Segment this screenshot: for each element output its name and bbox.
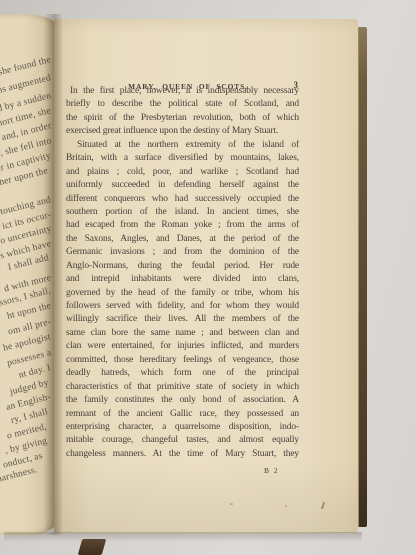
body-text-line: followers served with fidelity, and for … [66,300,299,313]
line-text: remnant of the ancient Gallic race, they… [66,409,299,419]
body-text-line: the spirit of the Presbyterian revolutio… [66,112,299,125]
body-text-line: had escaped from the Roman yoke ; from t… [66,219,299,232]
line-text: and intrepid inhabitants were divided in… [66,274,299,284]
body-text-line: characteristics of that primitive state … [66,381,299,394]
line-text: the family constitutes the only bond of … [66,395,299,405]
body-text-line: exercised great influence upon the desti… [66,125,299,138]
page-speck [230,503,233,505]
line-text: characteristics of that primitive state … [66,382,299,392]
line-text: mitable courage, changeful tastes, and a… [66,435,299,445]
left-page-fragments: she found the ons augmented d by a sudde… [0,14,58,535]
line-text: southern portion of the island. In ancie… [66,207,299,217]
line-text: clan were entertained, for injuries infl… [66,341,299,351]
body-text-line: the family constitutes the only bond of … [66,394,299,407]
body-text-line: changeless manners. At the time of Mary … [66,448,299,461]
line-text: Anglo-Normans, during the feudal period.… [66,261,299,271]
line-text: the spirit of the Presbyterian revolutio… [66,113,299,123]
right-page: MARY, QUEEN OF SCOTS. 3 In the first pla… [54,19,358,533]
signature-mark: B 2 [264,466,279,475]
line-text: willingly sacrifice their lives. All the… [66,314,299,324]
body-text-line: Britain, with a surface diversified by m… [66,152,299,165]
line-text: uniformly succeeded in defending herself… [66,180,299,190]
left-page: she found the ons augmented d by a sudde… [0,14,58,535]
line-text: Situated at the northern extremity of th… [77,140,299,150]
body-text-line: Anglo-Normans, during the feudal period.… [66,260,299,273]
line-text: committed, those hereditary feelings of … [66,355,299,365]
body-text-line: the Saxons, Angles, and Danes, at the pe… [66,233,299,246]
body-text-line: same clan bore the same name ; and betwe… [66,327,299,340]
line-text: briefly to describe the political state … [66,99,299,109]
line-text: enterprising character, a quarrelsome di… [66,422,299,432]
page-mark [321,502,325,509]
line-text: governed by the head of the family or tr… [66,288,299,298]
body-text-line: Germanic invasions ; and from the domini… [66,246,299,259]
book-cover-bottom-left [78,539,107,555]
body-text-line: and intrepid inhabitants were divided in… [66,273,299,286]
line-text: the Saxons, Angles, and Danes, at the pe… [66,234,299,244]
body-text-line: governed by the head of the family or tr… [66,287,299,300]
line-text: and plains ; cold, poor, and warlike ; S… [66,167,299,177]
body-text-line: In the first place, however, it is indis… [66,85,299,98]
page-body: In the first place, however, it is indis… [66,85,299,461]
body-text-line: deadly hatreds, which form one of the pr… [66,367,299,380]
line-text: different conquerors who had successivel… [66,194,299,204]
body-text-line: clan were entertained, for injuries infl… [66,340,299,353]
line-text: Germanic invasions ; and from the domini… [66,247,299,257]
line-text: Britain, with a surface diversified by m… [66,153,299,163]
line-text: followers served with fidelity, and for … [66,301,299,311]
line-text: had escaped from the Roman yoke ; from t… [66,220,299,230]
body-text-line: southern portion of the island. In ancie… [66,206,299,219]
book-shadow-bottom [4,532,362,542]
body-text-line: different conquerors who had successivel… [66,193,299,206]
line-text: same clan bore the same name ; and betwe… [66,328,299,338]
body-text-line: briefly to describe the political state … [66,98,299,111]
body-text-line: willingly sacrifice their lives. All the… [66,313,299,326]
body-text-line: Situated at the northern extremity of th… [66,139,299,152]
body-text-line: enterprising character, a quarrelsome di… [66,421,299,434]
body-text-line: committed, those hereditary feelings of … [66,354,299,367]
line-text: changeless manners. At the time of Mary … [66,449,299,459]
body-text-line: remnant of the ancient Gallic race, they… [66,408,299,421]
line-text: exercised great influence upon the desti… [66,126,278,136]
body-text-line: mitable courage, changeful tastes, and a… [66,434,299,447]
book-photograph: she found the ons augmented d by a sudde… [0,0,416,555]
book-board-edge-right [358,27,367,527]
page-speck [285,505,287,507]
body-text-line: and plains ; cold, poor, and warlike ; S… [66,166,299,179]
body-text-line: uniformly succeeded in defending herself… [66,179,299,192]
line-text: In the first place, however, it is indis… [70,86,299,96]
line-text: deadly hatreds, which form one of the pr… [66,368,299,378]
